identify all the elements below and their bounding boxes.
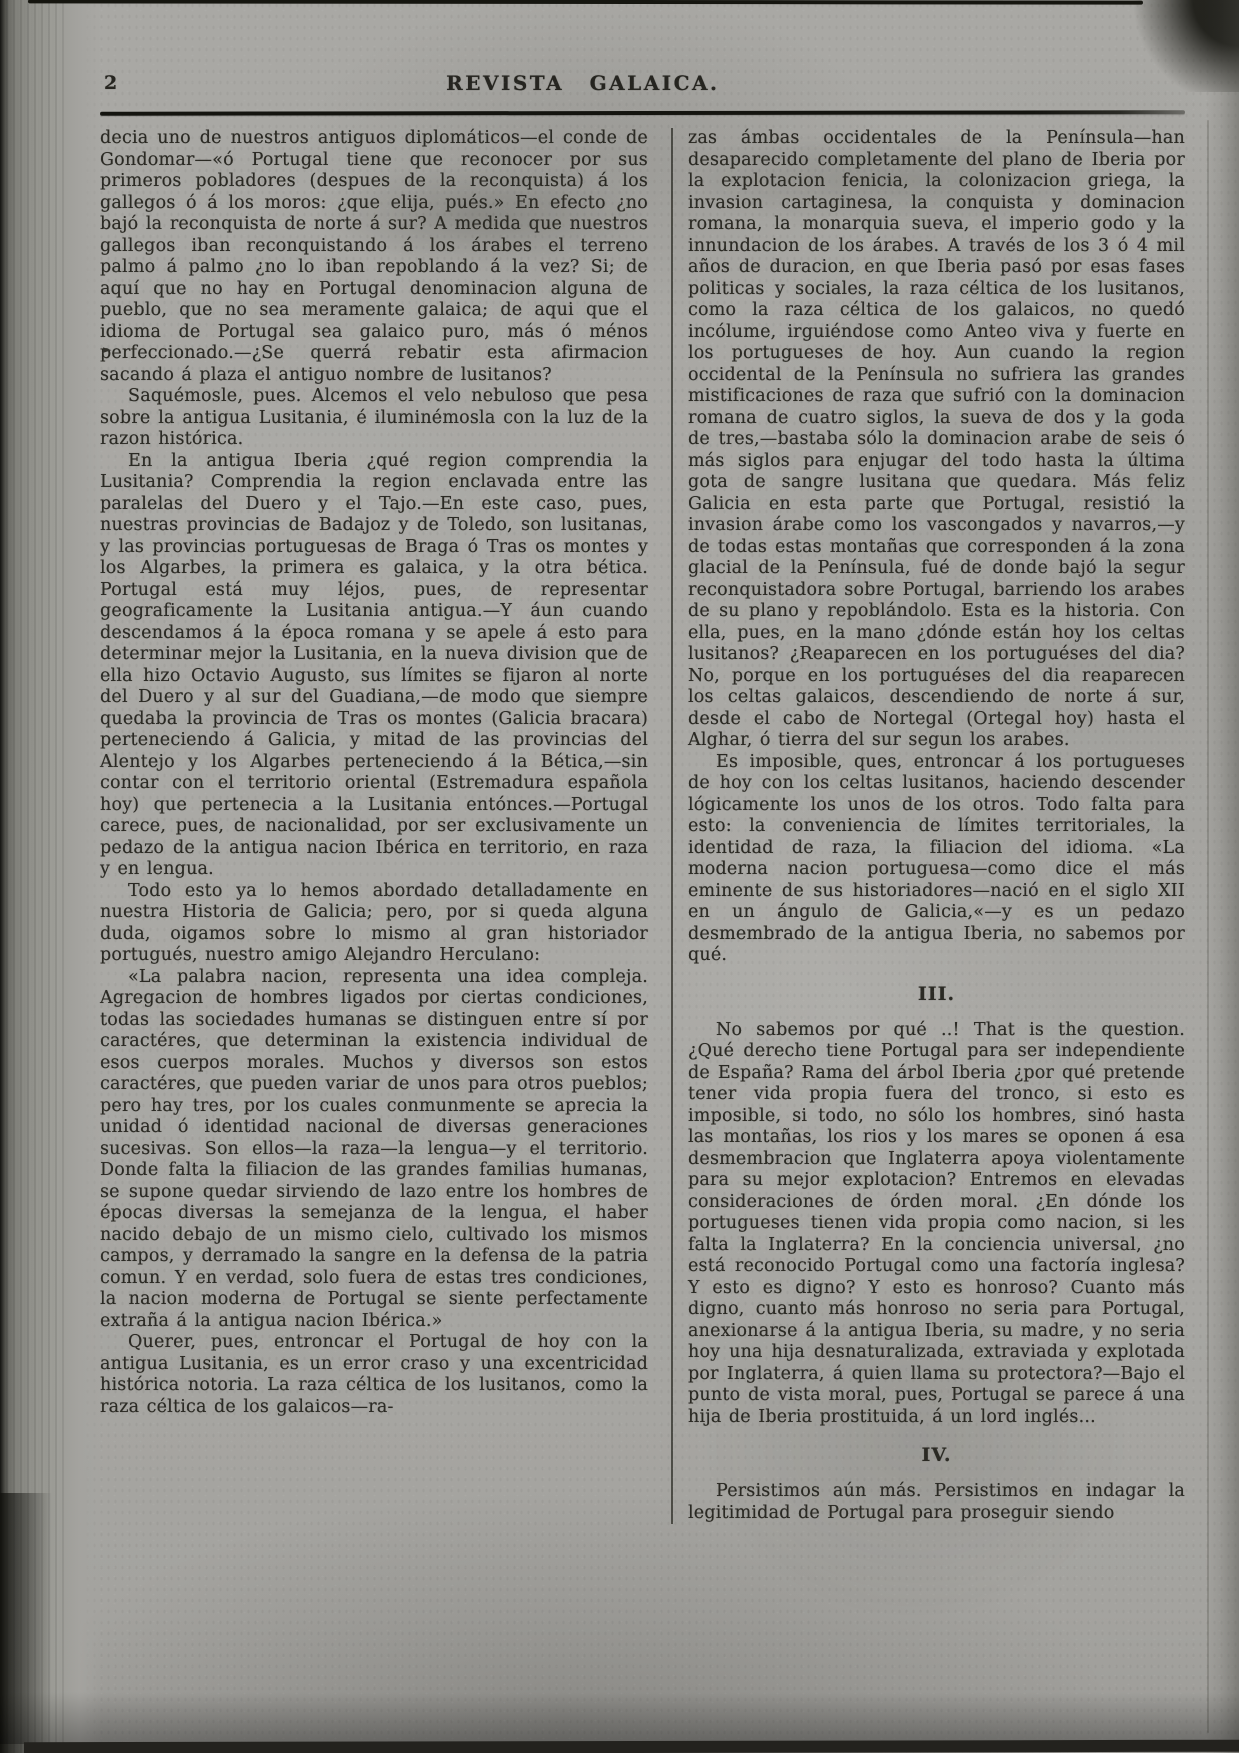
left-paragraph-3: En la antigua Iberia ¿qué region compren… [100, 451, 648, 881]
page-content: 2 REVISTA GALAICA. decia uno de nuestros… [100, 66, 1185, 1524]
section-heading-iii: III. [688, 983, 1185, 1005]
binding-striations [6, 0, 64, 1753]
scanned-page: 2 REVISTA GALAICA. decia uno de nuestros… [0, 0, 1239, 1753]
margin-mark: ► [103, 343, 111, 356]
bottom-edge-shadow [0, 1692, 1239, 1744]
text-columns: decia uno de nuestros antiguos diplomáti… [100, 128, 1185, 1524]
page-number: 2 [104, 72, 117, 94]
section-iii-paragraph-1: No sabemos por qué ..! That is the quest… [688, 1020, 1185, 1429]
page-top-edge [28, 0, 1143, 5]
left-paragraph-2: Saquémosle, pues. Alcemos el velo nebulo… [100, 386, 648, 451]
right-paragraph-1: zas ámbas occidentales de la Península—h… [688, 128, 1185, 752]
right-column: zas ámbas occidentales de la Península—h… [673, 128, 1185, 1524]
left-paragraph-5: «La palabra nacion, representa una idea … [100, 967, 648, 1333]
left-paragraph-6: Querer, pues, entroncar el Portugal de h… [100, 1332, 648, 1418]
left-paragraph-1: decia uno de nuestros antiguos diplomáti… [100, 128, 648, 386]
page-right-edge [1205, 0, 1239, 1753]
left-column: decia uno de nuestros antiguos diplomáti… [100, 128, 648, 1524]
right-paragraph-2: Es imposible, ques, entroncar á los port… [688, 752, 1185, 967]
page-edge-crease [1207, 120, 1209, 1733]
left-paragraph-4: Todo esto ya lo hemos abordado detallada… [100, 881, 648, 967]
journal-title: REVISTA GALAICA. [446, 71, 719, 95]
section-iv-paragraph-1: Persistimos aún más. Persistimos en inda… [688, 1481, 1185, 1524]
page-header: 2 REVISTA GALAICA. [100, 66, 1185, 100]
page-bottom-edge [24, 1740, 1239, 1753]
header-rule [100, 110, 1185, 116]
section-heading-iv: IV. [688, 1444, 1185, 1466]
